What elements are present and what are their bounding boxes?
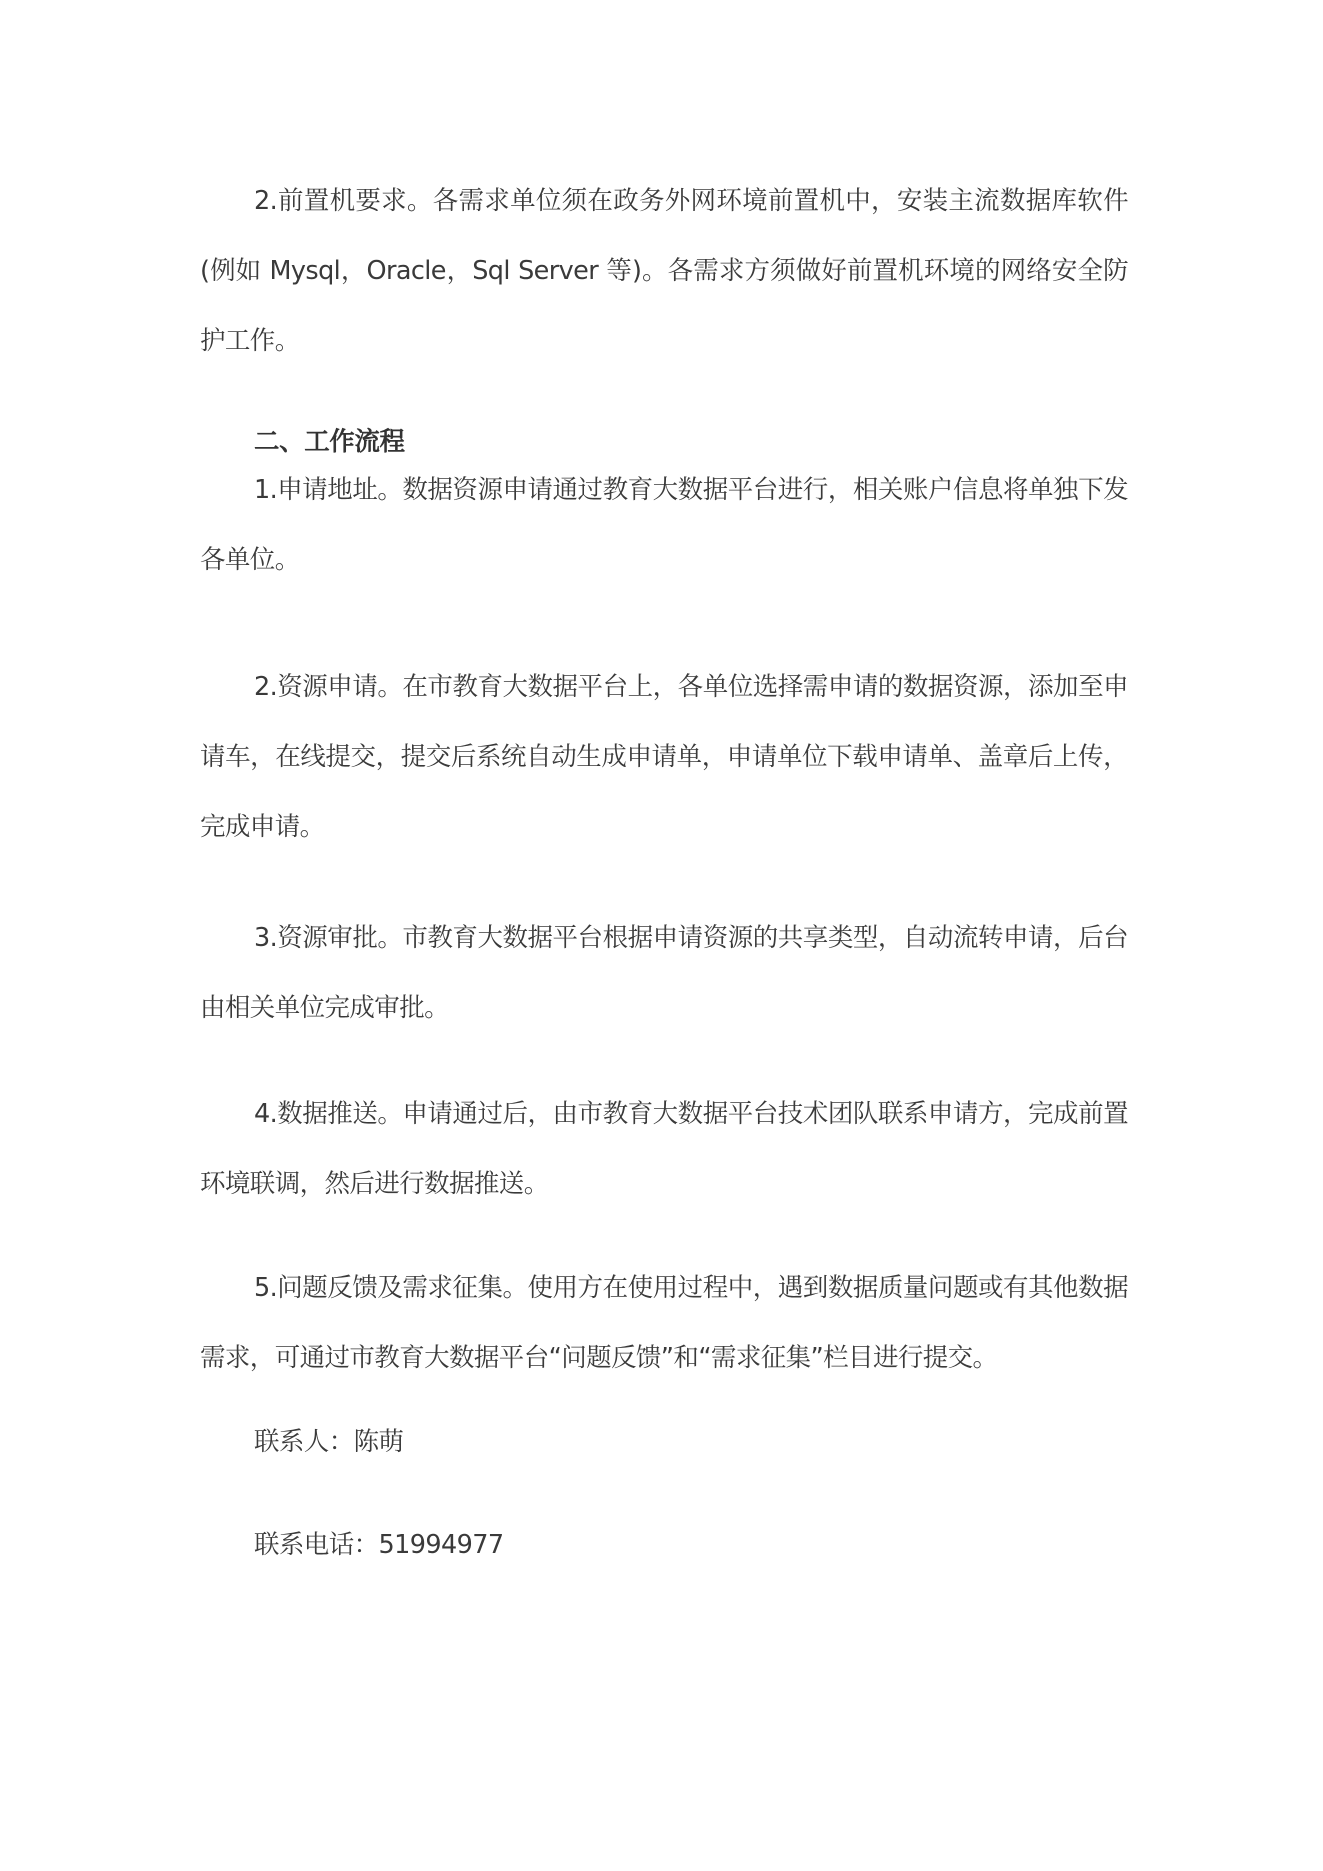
paragraph-frontend-requirement: 2.前置机要求。各需求单位须在政务外网环境前置机中，安装主流数据库软件(例如 M… xyxy=(200,166,1128,376)
contact-phone: 联系电话：51994977 xyxy=(200,1525,1128,1565)
paragraph-flow-step-1: 1.申请地址。数据资源申请通过教育大数据平台进行，相关账户信息将单独下发各单位。 xyxy=(200,455,1128,595)
paragraph-flow-step-5: 5.问题反馈及需求征集。使用方在使用过程中，遇到数据质量问题或有其他数据需求，可… xyxy=(200,1253,1128,1393)
contact-person: 联系人：陈萌 xyxy=(200,1422,1128,1462)
paragraph-flow-step-2: 2.资源申请。在市教育大数据平台上，各单位选择需申请的数据资源，添加至申请车，在… xyxy=(200,652,1128,862)
paragraph-flow-step-4: 4.数据推送。申请通过后，由市教育大数据平台技术团队联系申请方，完成前置环境联调… xyxy=(200,1079,1128,1219)
paragraph-flow-step-3: 3.资源审批。市教育大数据平台根据申请资源的共享类型，自动流转申请，后台由相关单… xyxy=(200,903,1128,1043)
